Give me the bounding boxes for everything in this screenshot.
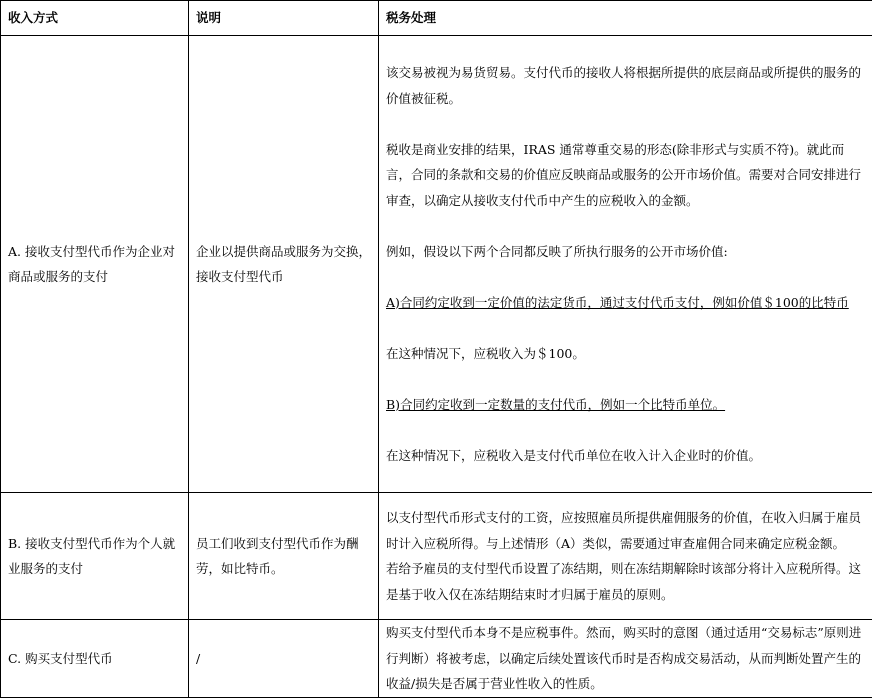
paragraph-spacer: [386, 417, 865, 443]
cell-description: 企业以提供商品或服务为交换，接收支付型代币: [189, 36, 379, 493]
treatment-paragraph: 以支付型代币形式支付的工资，应按照雇员所提供雇佣服务的价值，在收入归属于雇员时计…: [386, 505, 865, 556]
table-row-a: A. 接收支付型代币作为企业对商品或服务的支付 企业以提供商品或服务为交换，接收…: [1, 36, 872, 493]
paragraph-spacer: [386, 264, 865, 290]
header-row: 收入方式 说明 税务处理: [1, 1, 872, 36]
header-tax-treatment: 税务处理: [379, 1, 872, 36]
treatment-paragraph: 税收是商业安排的结果，IRAS 通常尊重交易的形态(除非形式与实质不符)。就此而…: [386, 137, 865, 214]
header-income-method: 收入方式: [1, 1, 189, 36]
example-b-underlined: B)合同约定收到一定数量的支付代币，例如一个比特币单位。: [386, 392, 865, 418]
treatment-paragraph: 在这种情况下，应税收入是支付代币单位在收入计入企业时的价值。: [386, 443, 865, 469]
cell-method: A. 接收支付型代币作为企业对商品或服务的支付: [1, 36, 189, 493]
header-description: 说明: [189, 1, 379, 36]
example-a-underlined: A)合同约定收到一定价值的法定货币，通过支付代币支付，例如价值＄100的比特币: [386, 290, 865, 316]
treatment-paragraph: 例如，假设以下两个合同都反映了所执行服务的公开市场价值:: [386, 239, 865, 265]
treatment-paragraph: 在这种情况下，应税收入为＄100。: [386, 341, 865, 367]
treatment-paragraph: 购买支付型代币本身不是应税事件。然而，购买时的意图（通过适用“交易标志”原则进行…: [386, 620, 865, 697]
cell-treatment: 以支付型代币形式支付的工资，应按照雇员所提供雇佣服务的价值，在收入归属于雇员时计…: [379, 493, 872, 620]
cell-method: C. 购买支付型代币: [1, 620, 189, 698]
treatment-paragraph: 该交易被视为易货贸易。支付代币的接收人将根据所提供的底层商品或所提供的服务的价值…: [386, 60, 865, 111]
paragraph-spacer: [386, 315, 865, 341]
cell-treatment: 该交易被视为易货贸易。支付代币的接收人将根据所提供的底层商品或所提供的服务的价值…: [379, 36, 872, 493]
treatment-paragraph: 若给予雇员的支付型代币设置了冻结期，则在冻结期解除时该部分将计入应税所得。这是基…: [386, 556, 865, 607]
cell-method: B. 接收支付型代币作为个人就业服务的支付: [1, 493, 189, 620]
cell-description: /: [189, 620, 379, 698]
paragraph-spacer: [386, 366, 865, 392]
paragraph-spacer: [386, 111, 865, 137]
cell-treatment: 购买支付型代币本身不是应税事件。然而，购买时的意图（通过适用“交易标志”原则进行…: [379, 620, 872, 698]
table-row-c: C. 购买支付型代币 / 购买支付型代币本身不是应税事件。然而，购买时的意图（通…: [1, 620, 872, 698]
cell-description: 员工们收到支付型代币作为酬劳，如比特币。: [189, 493, 379, 620]
table-row-b: B. 接收支付型代币作为个人就业服务的支付 员工们收到支付型代币作为酬劳，如比特…: [1, 493, 872, 620]
paragraph-spacer: [386, 213, 865, 239]
tax-treatment-table: 收入方式 说明 税务处理 A. 接收支付型代币作为企业对商品或服务的支付 企业以…: [0, 0, 872, 698]
